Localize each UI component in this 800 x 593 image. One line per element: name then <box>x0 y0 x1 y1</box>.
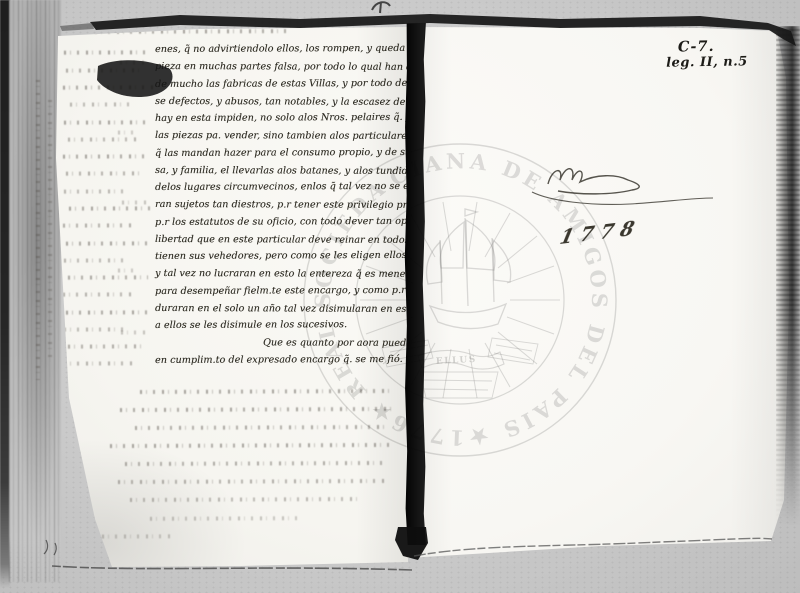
bleedthrough-line <box>68 275 148 279</box>
archive-reference: C-7. leg. II, n.5 <box>666 37 748 70</box>
ship-icon <box>427 209 511 329</box>
bleedthrough-line <box>69 206 151 210</box>
bleedthrough-line <box>150 516 300 521</box>
bleedthrough-line <box>122 200 146 204</box>
bleedthrough-line <box>68 137 138 141</box>
bleedthrough-line <box>64 189 130 193</box>
bleedthrough-line <box>118 130 140 134</box>
bleedthrough-line <box>121 330 145 334</box>
sunburst-rays-icon <box>360 202 560 398</box>
bleedthrough-line <box>66 310 150 314</box>
fore-edge-band <box>776 26 800 526</box>
bleedthrough-line <box>63 223 135 227</box>
bleedthrough-line <box>68 344 146 348</box>
bleedthrough-line <box>120 60 146 64</box>
bleedthrough-line <box>36 80 40 380</box>
banner-motto-fragment: ELLUS <box>436 355 477 367</box>
bleedthrough-line <box>63 292 133 296</box>
bleedthrough-line <box>66 171 144 175</box>
bleedthrough-line <box>48 100 52 360</box>
top-edge-shadow-left <box>60 23 94 31</box>
bleedthrough-line <box>118 268 138 272</box>
top-center-cut-mark <box>372 2 390 13</box>
archive-reference-legajo: leg. II, n.5 <box>666 54 748 70</box>
bleedthrough-line <box>64 361 134 365</box>
manuscript-scan: enes, q̃ no advirtiendolo ellos, los rom… <box>0 0 800 593</box>
bleedthrough-line <box>63 154 151 158</box>
bleedthrough-line <box>70 102 130 106</box>
bottom-edge-line-left <box>52 566 412 570</box>
bleedthrough-line <box>64 120 148 124</box>
bleedthrough-line <box>80 534 170 538</box>
watermark-ring-label: CIANA DE AMIGOS DEL PAIS ★1776★ REAL SOC… <box>270 110 650 490</box>
archive-reference-box: C-7. <box>666 37 748 55</box>
page-stack-edge <box>9 0 61 582</box>
bleedthrough-line <box>66 241 152 245</box>
bleedthrough-line <box>66 68 140 72</box>
bleedthrough-line <box>64 50 150 54</box>
watermark-outer-ring <box>304 144 616 456</box>
bleedthrough-line <box>64 327 126 331</box>
bleedthrough-line <box>63 85 153 89</box>
bleedthrough-line <box>95 29 290 34</box>
bleedthrough-line <box>64 258 124 262</box>
library-watermark: ELLUS CIANA DE AMIGOS DEL PAIS ★1776★ RE… <box>270 110 650 490</box>
bleedthrough-line <box>130 497 360 502</box>
